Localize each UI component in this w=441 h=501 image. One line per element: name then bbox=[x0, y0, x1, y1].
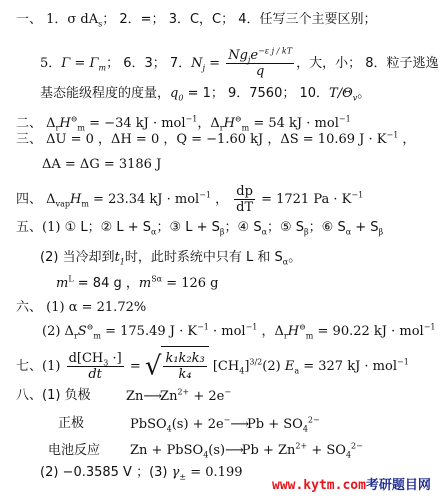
section-label: 五、 bbox=[16, 220, 42, 235]
reaction-arrow: ⟶ bbox=[143, 389, 160, 404]
separator: ， bbox=[197, 116, 210, 131]
answer-10: T/Θv bbox=[329, 86, 357, 101]
activation-energy: Ea = 327 kJ · mol−1 bbox=[285, 359, 409, 374]
answers-9: = 1； 9．7560； 10． bbox=[183, 86, 329, 101]
thermo-values: ΔU = 0 ，ΔH = 0 ，Q = −1.60 kJ ，ΔS = 10.69… bbox=[46, 132, 415, 147]
separator: ， bbox=[257, 324, 274, 339]
enthalpy-value: ΔrH⊖m = 90.22 kJ · mol−1 bbox=[275, 324, 436, 339]
dp-dT-fraction: dpdT bbox=[234, 184, 255, 215]
answers-2-4: ； 2．=； 3．C，C； 4．任写三个主要区别； bbox=[102, 12, 376, 27]
section-label: 一、 bbox=[16, 12, 42, 27]
mass-liquid: mL = 84 g ， bbox=[56, 276, 139, 291]
section-8-line-4: (2) −0.3585 V ；(3) γ± = 0.199 bbox=[40, 465, 243, 481]
part-2-prefix: (2) bbox=[262, 359, 285, 374]
period: 。 bbox=[288, 250, 301, 265]
phase-list: ① L；② L + Sα；③ L + Sβ；④ Sα；⑤ Sβ；⑥ Sα + S… bbox=[65, 220, 384, 235]
anode-label: (1) 负极 bbox=[42, 388, 91, 403]
part-2-text: (2) 当冷却到 bbox=[40, 250, 115, 265]
answer-8-cont: 基态能级程度的度量， bbox=[40, 86, 170, 101]
section-6-line-2: (2) ΔrS⊖m = 175.49 J · K−1 · mol−1 ，ΔrH⊖… bbox=[42, 324, 436, 340]
cathode-label: 正极 bbox=[58, 416, 84, 432]
rate-fraction: d[CH3 ·]dt bbox=[67, 351, 124, 382]
section-5-line-1: 五、(1) ① L；② L + Sα；③ L + Sβ；④ Sα；⑤ Sβ；⑥ … bbox=[16, 220, 383, 236]
watermark-url: www.kytm.com bbox=[272, 478, 366, 493]
enthalpy-b: ΔrH⊖m = 54 kJ · mol−1 bbox=[210, 116, 350, 131]
section-label: 三、 bbox=[16, 132, 42, 147]
q0-symbol: q0 bbox=[170, 86, 183, 101]
equals: = bbox=[126, 359, 145, 374]
part-1-prefix: (1) bbox=[42, 220, 65, 235]
section-1-line-2: 5．Γ = Γm； 6．3； 7．Nj = Ngje−ε j / kT q ，大… bbox=[40, 48, 438, 79]
answers-7-8: ，大，小； 8．粒子逃逸 bbox=[296, 56, 438, 71]
dp-dT-value: = 1721 Pa · K−1 bbox=[257, 192, 363, 207]
section-label: 七、 bbox=[16, 359, 42, 374]
potential-value: (2) −0.3585 V ；(3) bbox=[40, 465, 172, 480]
part-2-text-cont: 时，此时系统中只有 L 和 S bbox=[125, 250, 283, 265]
section-5-line-2: (2) 当冷却到t1时，此时系统中只有 L 和 Sα。 bbox=[40, 250, 301, 266]
entropy-value: ΔrS⊖m = 175.49 J · K−1 · mol−1 bbox=[65, 324, 258, 339]
reaction-arrow: ⟶ bbox=[225, 443, 242, 458]
reaction-arrow: ⟶ bbox=[230, 417, 247, 432]
section-label: 六、 bbox=[16, 300, 42, 315]
section-label: 八、 bbox=[16, 388, 42, 403]
watermark: www.kytm.com考研题目网 bbox=[272, 474, 431, 493]
section-1-line-3: 基态能级程度的度量，q0 = 1； 9．7560； 10．T/Θv。 bbox=[40, 86, 370, 102]
cathode-reaction: PbSO4(s) + 2e−⟶Pb + SO42− bbox=[130, 417, 320, 433]
answer-1: 1．σ dAs bbox=[46, 12, 102, 27]
watermark-site-name: 考研题目网 bbox=[366, 478, 431, 493]
rate-constants-fraction: k₁k₂k₃k₄ bbox=[163, 351, 206, 382]
section-label: 四、 bbox=[16, 192, 42, 207]
period: 。 bbox=[357, 86, 370, 101]
separator: ， bbox=[211, 192, 228, 207]
enthalpy-a: ΔrH⊖m = −34 kJ · mol−1 bbox=[46, 116, 197, 131]
activity-coefficient: γ± = 0.199 bbox=[172, 465, 243, 480]
part-2-prefix: (2) bbox=[42, 324, 65, 339]
free-energy-values: ΔA = ΔG = 3186 J bbox=[42, 157, 161, 172]
section-2: 二、 ΔrH⊖m = −34 kJ · mol−1，ΔrH⊖m = 54 kJ … bbox=[16, 116, 351, 132]
part-1-prefix: (1) bbox=[42, 359, 65, 374]
ch4-concentration: [CH4]3/2 bbox=[209, 359, 263, 374]
t1-symbol: t1 bbox=[115, 250, 125, 265]
answer-5: Γ = Γm bbox=[61, 56, 106, 71]
answer-6: ； 6．3； 7． bbox=[106, 56, 191, 71]
dissociation-degree: (1) α = 21.72% bbox=[46, 300, 146, 315]
section-8-line-1: 八、(1) 负极 bbox=[16, 388, 91, 404]
square-root: √k₁k₂k₃k₄ bbox=[145, 346, 209, 387]
answer-7-lhs: Nj bbox=[191, 56, 205, 71]
section-1-line-1: 一、 1．σ dAs； 2．=； 3．C，C； 4．任写三个主要区别； bbox=[16, 12, 377, 28]
section-4: 四、 ΔvapHm = 23.34 kJ · mol−1 ， dpdT = 17… bbox=[16, 184, 363, 215]
section-3-line-1: 三、 ΔU = 0 ，ΔH = 0 ，Q = −1.60 kJ ，ΔS = 10… bbox=[16, 132, 415, 148]
answer-5-prefix: 5． bbox=[40, 56, 61, 71]
section-label: 二、 bbox=[16, 116, 42, 131]
cell-reaction-label: 电池反应 bbox=[48, 443, 100, 459]
section-6-line-1: 六、 (1) α = 21.72% bbox=[16, 300, 146, 316]
vaporization-enthalpy: ΔvapHm = 23.34 kJ · mol−1 bbox=[46, 192, 211, 207]
mass-solid: mSα = 126 g bbox=[139, 276, 219, 291]
section-5-line-3: mL = 84 g ，mSα = 126 g bbox=[56, 276, 219, 292]
section-3-line-2: ΔA = ΔG = 3186 J bbox=[42, 157, 161, 173]
section-7: 七、(1) d[CH3 ·]dt = √k₁k₂k₃k₄ [CH4]3/2(2)… bbox=[16, 346, 409, 387]
boltzmann-fraction: Ngje−ε j / kT q bbox=[226, 48, 294, 79]
cell-reaction: Zn + PbSO4(s)⟶Pb + Zn2+ + SO42− bbox=[130, 443, 363, 459]
anode-reaction: Zn⟶Zn2+ + 2e− bbox=[126, 389, 231, 405]
